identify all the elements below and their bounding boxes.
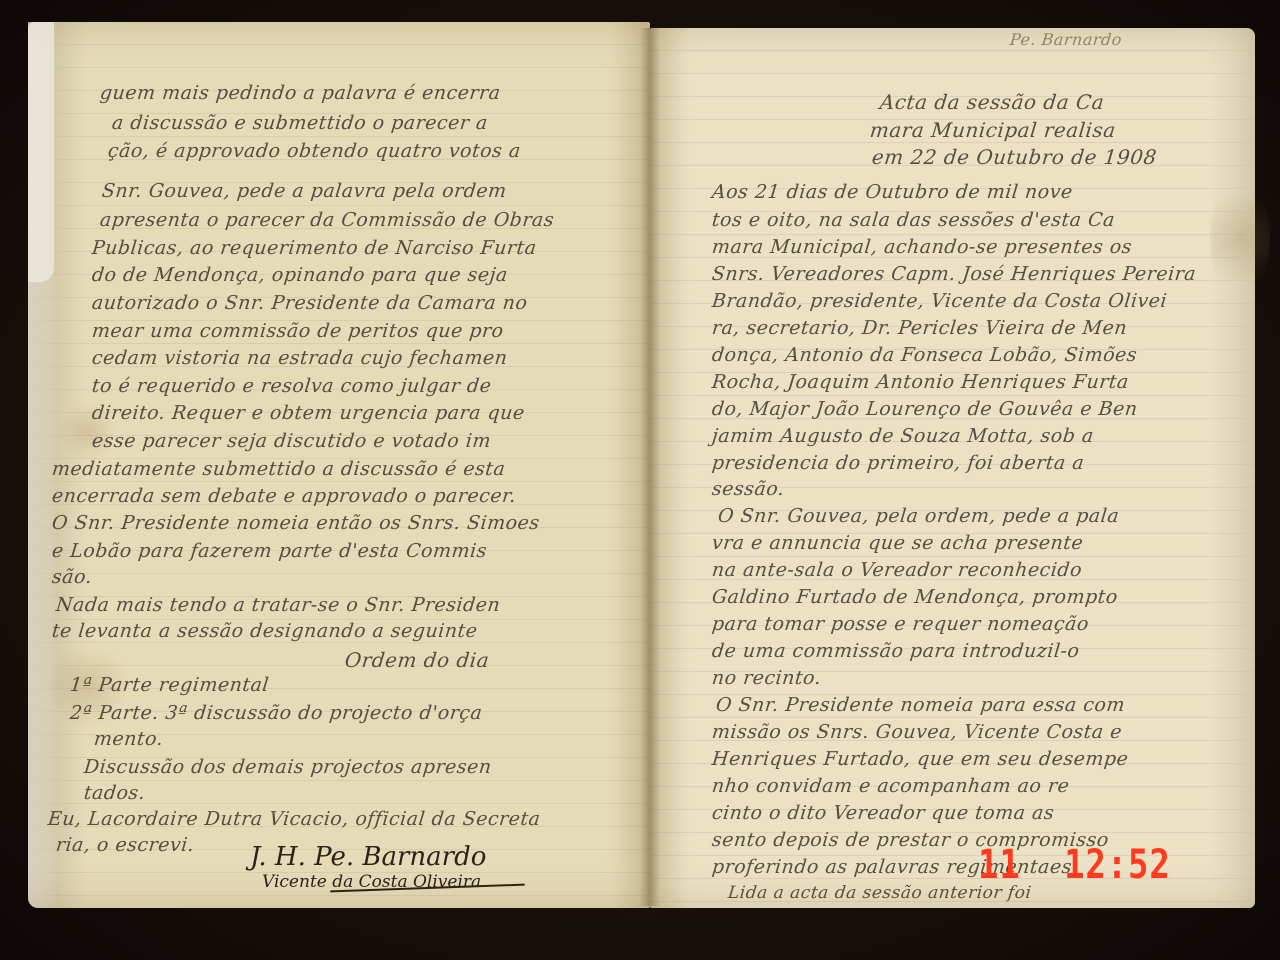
signature-line-2: Vicente da Costa Oliveira: [262, 872, 481, 892]
text-line: para tomar posse e requer nomeação: [711, 613, 1090, 635]
text-line: na ante-sala o Vereador reconhecido: [711, 559, 1083, 581]
text-line: presidencia do primeiro, foi aberta a: [711, 452, 1085, 474]
text-line: Snrs. Vereadores Capm. José Henriques Pe…: [711, 263, 1197, 285]
book-gutter: [640, 28, 660, 906]
minutes-title: em 22 de Outubro de 1908: [871, 145, 1158, 169]
text-line: Galdino Furtado de Mendonça, prompto: [711, 586, 1119, 608]
text-line: apresenta o parecer da Commissão de Obra…: [99, 209, 555, 231]
text-line: ção, é approvado obtendo quatro votos a: [107, 140, 522, 162]
text-line: no recinto.: [711, 667, 823, 689]
text-line: donça, Antonio da Fonseca Lobão, Simões: [711, 344, 1138, 366]
text-line: Nada mais tendo a tratar-se o Snr. Presi…: [55, 594, 502, 616]
text-line: autorizado o Snr. Presidente da Camara n…: [91, 292, 529, 314]
text-line: de uma commissão para introduzil-o: [711, 640, 1081, 662]
text-line: cinto o dito Vereador que toma as: [711, 802, 1056, 824]
text-line: Rocha, Joaquim Antonio Henriques Furta: [711, 371, 1130, 393]
text-line: esse parecer seja discutido e votado im: [91, 430, 492, 452]
text-line: O Snr. Gouvea, pela ordem, pede a pala: [717, 505, 1120, 527]
text-line: to é requerido e resolva como julgar de: [91, 375, 493, 397]
timestamp-day: 11: [978, 842, 1021, 888]
minutes-title: mara Municipal realisa: [869, 118, 1117, 142]
text-line: O Snr. Presidente nomeia então os Snrs. …: [51, 512, 541, 534]
minutes-title: Acta da sessão da Ca: [879, 90, 1106, 114]
text-line: vra e annuncia que se acha presente: [711, 532, 1085, 554]
text-line: missão os Snrs. Gouvea, Vicente Costa e: [711, 721, 1123, 743]
paper-stain: [1210, 178, 1270, 298]
text-line: cedam vistoria na estrada cujo fechamen: [91, 347, 509, 369]
text-line: do de Mendonça, opinando para que seja: [91, 264, 509, 286]
text-line: Aos 21 dias de Outubro de mil nove: [711, 181, 1074, 203]
text-line: Snr. Gouvea, pede a palavra pela ordem: [101, 180, 508, 202]
text-line: Brandão, presidente, Vicente da Costa Ol…: [711, 290, 1168, 312]
torn-edge: [28, 22, 54, 282]
text-line: são.: [51, 566, 94, 588]
text-line: mear uma commissão de peritos que pro: [91, 320, 505, 342]
text-line: te levanta a sessão designando a seguint…: [51, 620, 479, 642]
text-line: mediatamente submettido a discussão é es…: [51, 458, 507, 480]
order-item: 2ª Parte. 3ª discussão do projecto d'orç…: [69, 702, 484, 724]
order-item: 1ª Parte regimental: [69, 674, 270, 696]
text-line: guem mais pedindo a palavra é encerra: [99, 82, 502, 104]
text-line: Publicas, ao requerimento de Narciso Fur…: [91, 237, 538, 259]
text-line: e Lobão para fazerem parte d'esta Commis: [51, 540, 488, 562]
signature-line-1: J. H. Pe. Barnardo: [250, 842, 486, 872]
camera-date-stamp: 11 12:52: [978, 842, 1171, 888]
order-item: mento.: [93, 728, 165, 750]
closing-line: Eu, Lacordaire Dutra Vicacio, official d…: [47, 808, 542, 830]
text-line: mara Municipal, achando-se presentes os: [711, 236, 1133, 258]
text-line: encerrada sem debate e approvado o parec…: [51, 485, 517, 507]
top-right-annotation: Pe. Barnardo: [1009, 30, 1123, 49]
text-line: Henriques Furtado, que em seu desempe: [711, 748, 1130, 770]
text-line: nho convidam e acompanham ao re: [711, 775, 1071, 797]
closing-line: ria, o escrevi.: [55, 834, 196, 856]
timestamp-time: 12:52: [1064, 842, 1171, 888]
text-line: sessão.: [711, 478, 786, 500]
open-ledger: guem mais pedindo a palavra é encerra a …: [0, 0, 1280, 960]
text-line: do, Major João Lourenço de Gouvêa e Ben: [711, 398, 1139, 420]
text-line: jamim Augusto de Souza Motta, sob a: [711, 425, 1095, 447]
text-line: tos e oito, na sala das sessões d'esta C…: [711, 209, 1116, 231]
order-item: tados.: [83, 782, 147, 804]
order-item: Discussão dos demais projectos apresen: [83, 756, 493, 778]
text-line: O Snr. Presidente nomeia para essa com: [715, 694, 1126, 716]
text-line: a discussão e submettido o parecer a: [111, 112, 489, 134]
text-line: ra, secretario, Dr. Pericles Vieira de M…: [711, 317, 1128, 339]
text-line: direito. Requer e obtem urgencia para qu…: [91, 402, 526, 424]
order-of-day-heading: Ordem do dia: [344, 648, 491, 672]
